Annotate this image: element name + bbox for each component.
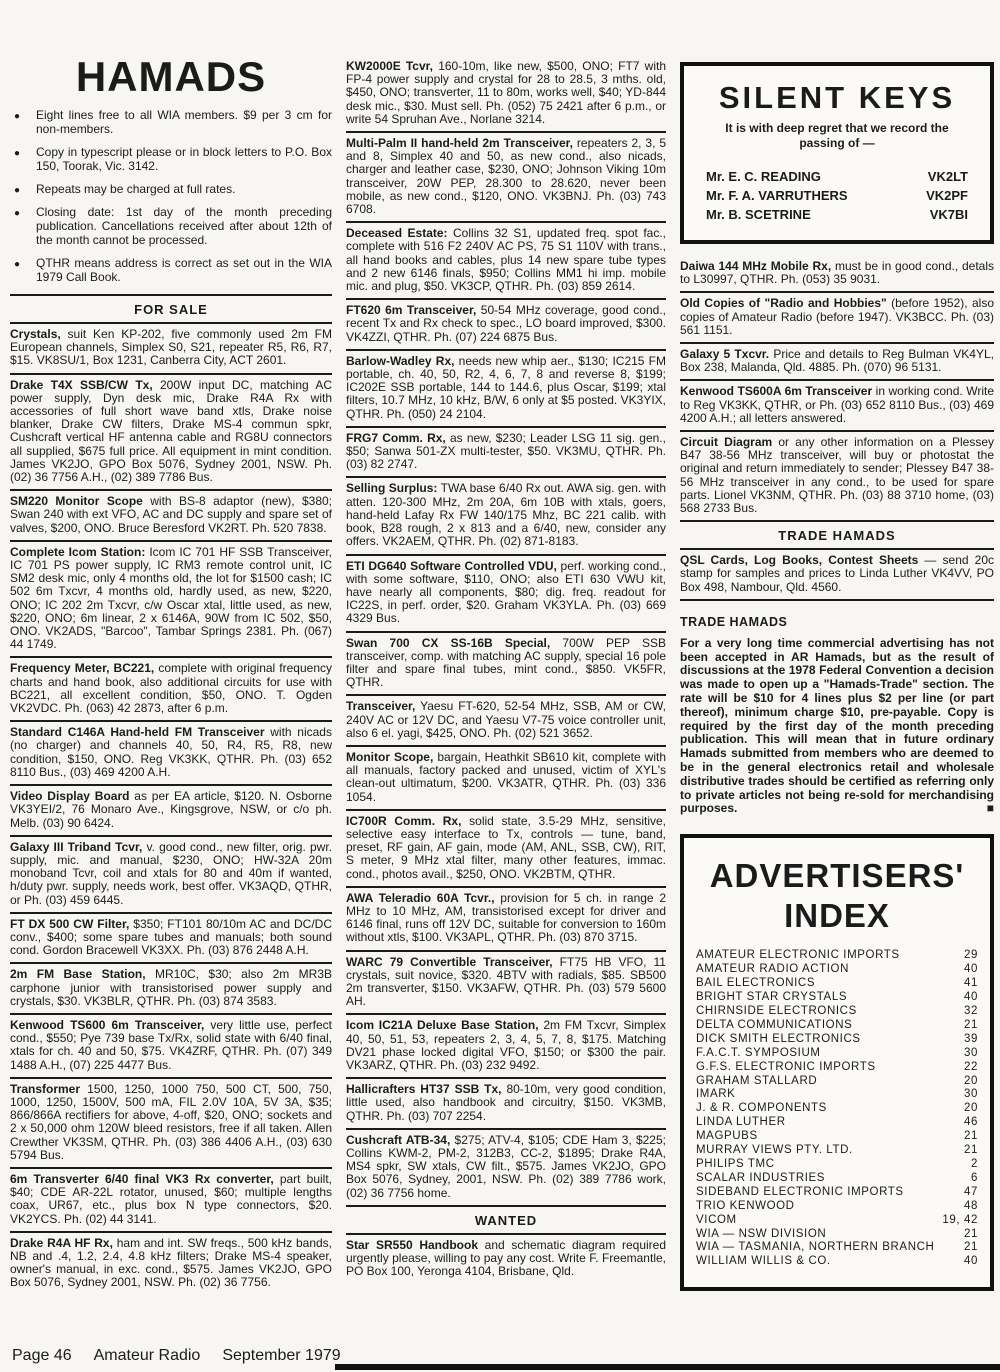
advertiser-page-number: 46 — [964, 1116, 978, 1130]
advertiser-name: WILLIAM WILLIS & CO. — [696, 1255, 831, 1269]
advertiser-name: WIA — TASMANIA, NORTHERN BRANCH — [696, 1241, 934, 1255]
bullet-icon: ● — [14, 184, 20, 198]
ad-lead: FT DX 500 CW Filter, — [10, 917, 129, 931]
advertiser-name: AMATEUR ELECTRONIC IMPORTS — [696, 949, 900, 963]
notice-text: Eight lines free to all WIA members. $9 … — [36, 108, 332, 136]
advertiser-page-number: 40 — [964, 1255, 978, 1269]
bullet-icon: ● — [14, 207, 20, 221]
advertiser-page-number: 19, 42 — [942, 1214, 978, 1228]
silent-key-callsign: VK2LT — [928, 167, 968, 186]
advertiser-row: J. & R. COMPONENTS 20 — [696, 1102, 978, 1116]
ad-lead: Transceiver, — [346, 699, 415, 713]
ad-lead: Old Copies of "Radio and Hobbies" — [680, 296, 887, 310]
wanted-ads-column2: Star SR550 Handbook and schematic diagra… — [346, 1233, 666, 1284]
silent-key-name: Mr. F. A. VARRUTHERS — [706, 186, 848, 205]
advertiser-page-number: 21 — [964, 1144, 978, 1158]
trade-notice-heading: TRADE HAMADS — [680, 615, 994, 629]
classified-ad: Frequency Meter, BC221, complete with or… — [10, 656, 332, 720]
advertiser-row: SCALAR INDUSTRIES 6 — [696, 1172, 978, 1186]
trade-notice-body: For a very long time commercial advertis… — [680, 637, 994, 816]
advertiser-page-number: 21 — [964, 1241, 978, 1255]
advertisers-index-title-line1: ADVERTISERS' — [696, 856, 978, 896]
ad-lead: 2m FM Base Station, — [10, 967, 146, 981]
ad-lead: Complete Icom Station: — [10, 545, 145, 559]
end-mark: ■ — [987, 802, 994, 816]
classified-ad: Old Copies of "Radio and Hobbies" (befor… — [680, 291, 994, 342]
ad-lead: Kenwood TS600A 6m Transceiver — [680, 384, 872, 398]
notice-item: ●QTHR means address is correct as set ou… — [10, 256, 332, 284]
for-sale-ads-column2: KW2000E Tcvr, 160-10m, like new, $500, O… — [346, 60, 666, 1205]
classified-ad: QSL Cards, Log Books, Contest Sheets — s… — [680, 548, 994, 599]
advertiser-row: GRAHAM STALLARD 20 — [696, 1075, 978, 1089]
classified-ad: Drake R4A HF Rx, ham and int. SW freqs.,… — [10, 1231, 332, 1295]
advertiser-page-number: 41 — [964, 977, 978, 991]
advertiser-row: DICK SMITH ELECTRONICS 39 — [696, 1033, 978, 1047]
advertiser-page-number: 30 — [964, 1047, 978, 1061]
advertiser-row: F.A.C.T. SYMPOSIUM 30 — [696, 1047, 978, 1061]
advertiser-page-number: 20 — [964, 1075, 978, 1089]
advertiser-row: WIA — TASMANIA, NORTHERN BRANCH 21 — [696, 1241, 978, 1255]
advertiser-name: SCALAR INDUSTRIES — [696, 1172, 825, 1186]
ad-lead: Galaxy III Triband Tcvr, — [10, 840, 142, 854]
notice-list: ●Eight lines free to all WIA members. $9… — [10, 108, 332, 284]
advertiser-name: J. & R. COMPONENTS — [696, 1102, 827, 1116]
advertiser-row: MAGPUBS 21 — [696, 1130, 978, 1144]
classified-ad: Icom IC21A Deluxe Base Station, 2m FM Tx… — [346, 1013, 666, 1077]
magazine-page: { "hamads": { "title": "HAMADS", "bullet… — [0, 0, 1000, 1372]
silent-keys-box: SILENT KEYS It is with deep regret that … — [680, 62, 994, 244]
classified-ad: Transceiver, Yaesu FT-620, 52-54 MHz, SS… — [346, 694, 666, 745]
ad-lead: KW2000E Tcvr, — [346, 59, 433, 73]
classified-ad: Standard C146A Hand-held FM Transceiver … — [10, 720, 332, 784]
advertiser-name: MURRAY VIEWS PTY. LTD. — [696, 1144, 853, 1158]
advertiser-page-number: 39 — [964, 1033, 978, 1047]
classified-ad: SM220 Monitor Scope with BS-8 adaptor (n… — [10, 489, 332, 540]
advertiser-name: F.A.C.T. SYMPOSIUM — [696, 1047, 821, 1061]
ad-lead: Swan 700 CX SS-16B Special, — [346, 636, 550, 650]
ad-lead: Selling Surplus: — [346, 481, 437, 495]
middle-column: KW2000E Tcvr, 160-10m, like new, $500, O… — [346, 60, 666, 1283]
ad-lead: QSL Cards, Log Books, Contest Sheets — [680, 553, 918, 567]
silent-key-name: Mr. B. SCETRINE — [706, 205, 811, 224]
classified-ad: Multi-Palm II hand-held 2m Transceiver, … — [346, 131, 666, 221]
ad-lead: Daiwa 144 MHz Mobile Rx, — [680, 259, 831, 273]
advertisers-index-title-line2: INDEX — [696, 896, 978, 936]
ad-lead: Drake R4A HF Rx, — [10, 1236, 113, 1250]
advertiser-page-number: 21 — [964, 1019, 978, 1033]
classified-ad: Star SR550 Handbook and schematic diagra… — [346, 1233, 666, 1284]
silent-key-callsign: VK7BI — [930, 205, 968, 224]
advertiser-page-number: 6 — [971, 1172, 978, 1186]
notice-text: QTHR means address is correct as set out… — [36, 256, 332, 284]
footer-page-number: Page 46 — [12, 1347, 72, 1364]
silent-key-name: Mr. E. C. READING — [706, 167, 821, 186]
ad-lead: Circuit Diagram — [680, 435, 772, 449]
advertiser-row: CHIRNSIDE ELECTRONICS 32 — [696, 1005, 978, 1019]
notice-item: ●Eight lines free to all WIA members. $9… — [10, 108, 332, 136]
ad-lead: Deceased Estate: — [346, 226, 448, 240]
ad-lead: ETI DG640 Software Controlled VDU, — [346, 559, 557, 573]
ad-lead: Star SR550 Handbook — [346, 1238, 478, 1252]
classified-ad: Complete Icom Station: Icom IC 701 HF SS… — [10, 540, 332, 657]
advertiser-row: BAIL ELECTRONICS 41 — [696, 977, 978, 991]
classified-ad: FT620 6m Transceiver, 50-54 MHz coverage… — [346, 298, 666, 349]
ad-lead: Crystals, — [10, 327, 61, 341]
advertiser-name: BRIGHT STAR CRYSTALS — [696, 991, 847, 1005]
classified-ad: Drake T4X SSB/CW Tx, 200W input DC, matc… — [10, 373, 332, 490]
advertisers-index-title: ADVERTISERS' INDEX — [696, 856, 978, 935]
classified-ad: Kenwood TS600 6m Transceiver, very littl… — [10, 1013, 332, 1077]
wanted-ads-column3: Daiwa 144 MHz Mobile Rx, must be in good… — [680, 260, 994, 520]
advertiser-row: PHILIPS TMC 2 — [696, 1158, 978, 1172]
classified-ad: KW2000E Tcvr, 160-10m, like new, $500, O… — [346, 60, 666, 131]
silent-keys-subtitle: It is with deep regret that we record th… — [709, 121, 965, 151]
page-title: HAMADS — [10, 56, 332, 98]
ad-lead: Cushcraft ATB-34, — [346, 1133, 450, 1147]
right-column: SILENT KEYS It is with deep regret that … — [680, 62, 994, 1291]
classified-ad: Cushcraft ATB-34, $275; ATV-4, $105; CDE… — [346, 1128, 666, 1205]
classified-ad: Daiwa 144 MHz Mobile Rx, must be in good… — [680, 260, 994, 291]
classified-ad: Kenwood TS600A 6m Transceiver in working… — [680, 379, 994, 430]
ad-lead: Frequency Meter, BC221, — [10, 661, 154, 675]
classified-ad: AWA Teleradio 60A Tcvr., provision for 5… — [346, 886, 666, 950]
ad-lead: Drake T4X SSB/CW Tx, — [10, 378, 153, 392]
classified-ad: Galaxy III Triband Tcvr, v. good cond., … — [10, 835, 332, 912]
advertiser-name: GRAHAM STALLARD — [696, 1075, 817, 1089]
advertiser-row: IMARK 30 — [696, 1088, 978, 1102]
advertiser-name: DELTA COMMUNICATIONS — [696, 1019, 852, 1033]
ad-lead: Standard C146A Hand-held FM Transceiver — [10, 725, 265, 739]
advertiser-name: MAGPUBS — [696, 1130, 758, 1144]
advertiser-page-number: 22 — [964, 1061, 978, 1075]
page-footer: Page 46Amateur RadioSeptember 1979 — [12, 1348, 363, 1364]
classified-ad: Video Display Board as per EA article, $… — [10, 784, 332, 835]
advertiser-page-number: 48 — [964, 1200, 978, 1214]
ad-lead: IC700R Comm. Rx, — [346, 814, 461, 828]
section-heading-trade-hamads: TRADE HAMADS — [680, 520, 994, 548]
footer-magazine-name: Amateur Radio — [94, 1347, 201, 1364]
notice-item: ●Repeats may be charged at full rates. — [10, 182, 332, 196]
advertiser-name: SIDEBAND ELECTRONIC IMPORTS — [696, 1186, 904, 1200]
advertiser-page-number: 32 — [964, 1005, 978, 1019]
advertiser-name: CHIRNSIDE ELECTRONICS — [696, 1005, 857, 1019]
ad-lead: FT620 6m Transceiver, — [346, 303, 476, 317]
classified-ad: IC700R Comm. Rx, solid state, 3.5-29 MHz… — [346, 809, 666, 886]
advertiser-page-number: 2 — [971, 1158, 978, 1172]
ad-lead: FRG7 Comm. Rx, — [346, 431, 446, 445]
classified-ad: FT DX 500 CW Filter, $350; FT101 80/10m … — [10, 912, 332, 963]
ad-body: 200W input DC, matching AC power supply,… — [10, 378, 332, 484]
section-heading-wanted: WANTED — [346, 1205, 666, 1233]
classified-ad: WARC 79 Convertible Transceiver, FT75 HB… — [346, 950, 666, 1014]
advertiser-row: TRIO KENWOOD 48 — [696, 1200, 978, 1214]
classified-ad: Monitor Scope, bargain, Heathkit SB610 k… — [346, 745, 666, 809]
ad-lead: WARC 79 Convertible Transceiver, — [346, 955, 553, 969]
advertiser-name: IMARK — [696, 1088, 735, 1102]
ad-lead: Transformer — [10, 1082, 80, 1096]
classified-ad: Crystals, suit Ken KP-202, five commonly… — [10, 322, 332, 373]
silent-key-entry: Mr. F. A. VARRUTHERS VK2PF — [698, 186, 976, 205]
advertiser-row: LINDA LUTHER 46 — [696, 1116, 978, 1130]
ad-lead: Monitor Scope, — [346, 750, 433, 764]
notice-text: Copy in typescript please or in block le… — [36, 145, 332, 173]
ad-lead: Video Display Board — [10, 789, 129, 803]
advertiser-page-number: 30 — [964, 1088, 978, 1102]
advertisers-index-list: AMATEUR ELECTRONIC IMPORTS 29 AMATEUR RA… — [696, 949, 978, 1269]
advertiser-name: TRIO KENWOOD — [696, 1200, 795, 1214]
advertiser-page-number: 20 — [964, 1102, 978, 1116]
advertiser-row: BRIGHT STAR CRYSTALS 40 — [696, 991, 978, 1005]
advertiser-page-number: 21 — [964, 1228, 978, 1242]
advertiser-row: WILLIAM WILLIS & CO. 40 — [696, 1255, 978, 1269]
classified-ad: Circuit Diagram or any other information… — [680, 430, 994, 520]
advertiser-row: AMATEUR RADIO ACTION 40 — [696, 963, 978, 977]
advertiser-row: WIA — NSW DIVISION 21 — [696, 1228, 978, 1242]
ad-lead: Galaxy 5 Txcvr. — [680, 347, 769, 361]
classified-ad: Barlow-Wadley Rx, needs new whip aer., $… — [346, 349, 666, 426]
advertiser-row: VICOM 19, 42 — [696, 1214, 978, 1228]
advertisers-index-box: ADVERTISERS' INDEX AMATEUR ELECTRONIC IM… — [680, 834, 994, 1291]
bullet-icon: ● — [14, 110, 20, 124]
advertiser-name: LINDA LUTHER — [696, 1116, 786, 1130]
classified-ad: Hallicrafters HT37 SSB Tx, 80-10m, very … — [346, 1077, 666, 1128]
advertiser-row: SIDEBAND ELECTRONIC IMPORTS 47 — [696, 1186, 978, 1200]
classified-ad: FRG7 Comm. Rx, as new, $230; Leader LSG … — [346, 426, 666, 477]
silent-key-callsign: VK2PF — [926, 186, 968, 205]
advertiser-row: DELTA COMMUNICATIONS 21 — [696, 1019, 978, 1033]
notice-item: ●Copy in typescript please or in block l… — [10, 145, 332, 173]
footer-issue-date: September 1979 — [222, 1347, 340, 1364]
ad-lead: Hallicrafters HT37 SSB Tx, — [346, 1082, 502, 1096]
advertiser-row: MURRAY VIEWS PTY. LTD. 21 — [696, 1144, 978, 1158]
advertiser-name: DICK SMITH ELECTRONICS — [696, 1033, 861, 1047]
ad-lead: Icom IC21A Deluxe Base Station, — [346, 1018, 539, 1032]
bottom-rule — [335, 1364, 1000, 1370]
advertiser-name: VICOM — [696, 1214, 737, 1228]
notice-text: Closing date: 1st day of the month prece… — [36, 205, 332, 247]
advertiser-row: AMATEUR ELECTRONIC IMPORTS 29 — [696, 949, 978, 963]
classified-ad: 6m Transverter 6/40 final VK3 Rx convert… — [10, 1167, 332, 1231]
classified-ad: Selling Surplus: TWA base 6/40 Rx out. A… — [346, 476, 666, 553]
advertiser-name: PHILIPS TMC — [696, 1158, 775, 1172]
ad-lead: AWA Teleradio 60A Tcvr., — [346, 891, 495, 905]
classified-ad: Transformer 1500, 1250, 1000 750, 500 CT… — [10, 1077, 332, 1167]
silent-key-entry: Mr. B. SCETRINE VK7BI — [698, 205, 976, 224]
classified-ad: ETI DG640 Software Controlled VDU, perf.… — [346, 554, 666, 631]
advertiser-page-number: 21 — [964, 1130, 978, 1144]
ad-lead: 6m Transverter 6/40 final VK3 Rx convert… — [10, 1172, 274, 1186]
advertiser-page-number: 40 — [964, 963, 978, 977]
advertiser-page-number: 47 — [964, 1186, 978, 1200]
trade-notice-text: For a very long time commercial advertis… — [680, 636, 994, 816]
notice-item: ●Closing date: 1st day of the month prec… — [10, 205, 332, 247]
advertiser-row: G.F.S. ELECTRONIC IMPORTS 22 — [696, 1061, 978, 1075]
advertiser-name: AMATEUR RADIO ACTION — [696, 963, 849, 977]
ad-lead: Barlow-Wadley Rx, — [346, 354, 454, 368]
left-column: HAMADS ●Eight lines free to all WIA memb… — [10, 56, 332, 1295]
classified-ad: Swan 700 CX SS-16B Special, 700W PEP SSB… — [346, 631, 666, 695]
advertiser-name: BAIL ELECTRONICS — [696, 977, 815, 991]
silent-keys-list: Mr. E. C. READING VK2LT Mr. F. A. VARRUT… — [698, 167, 976, 224]
advertiser-name: WIA — NSW DIVISION — [696, 1228, 826, 1242]
trade-hamads-notice: TRADE HAMADS For a very long time commer… — [680, 615, 994, 816]
trade-ads: QSL Cards, Log Books, Contest Sheets — s… — [680, 548, 994, 601]
ad-body: Icom IC 701 HF SSB Transceiver, IC 701 P… — [10, 545, 332, 651]
notice-text: Repeats may be charged at full rates. — [36, 182, 235, 196]
ad-lead: Kenwood TS600 6m Transceiver, — [10, 1018, 204, 1032]
classified-ad: Galaxy 5 Txcvr. Price and details to Reg… — [680, 342, 994, 379]
silent-key-entry: Mr. E. C. READING VK2LT — [698, 167, 976, 186]
advertiser-page-number: 40 — [964, 991, 978, 1005]
ad-lead: Multi-Palm II hand-held 2m Transceiver, — [346, 136, 573, 150]
ad-lead: SM220 Monitor Scope — [10, 494, 143, 508]
section-heading-for-sale: FOR SALE — [10, 294, 332, 322]
bullet-icon: ● — [14, 258, 20, 272]
bullet-icon: ● — [14, 147, 20, 161]
for-sale-ads-column1: Crystals, suit Ken KP-202, five commonly… — [10, 322, 332, 1295]
classified-ad: Deceased Estate: Collins 32 S1, updated … — [346, 221, 666, 298]
classified-ad: 2m FM Base Station, MR10C, $30; also 2m … — [10, 962, 332, 1013]
silent-keys-title: SILENT KEYS — [698, 82, 976, 113]
advertiser-page-number: 29 — [964, 949, 978, 963]
advertiser-name: G.F.S. ELECTRONIC IMPORTS — [696, 1061, 876, 1075]
